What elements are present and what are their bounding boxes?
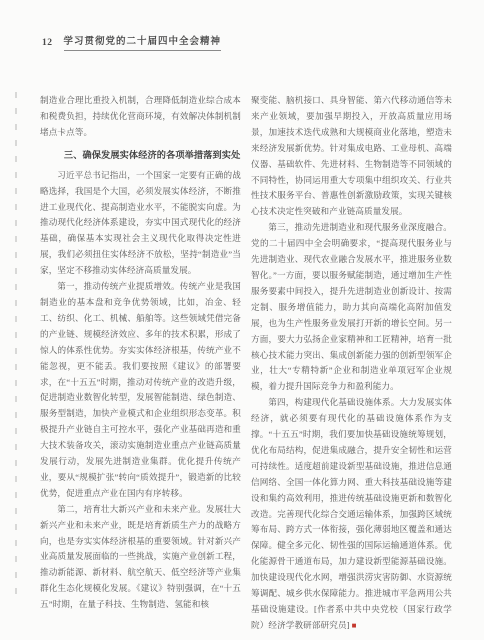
running-head: 12 学习贯彻党的二十届四中全会精神: [0, 0, 484, 51]
left-column: 制造业合理比重投入机制，合理降低制造业综合成本和税费负担，持续优化营商环境，有效…: [40, 93, 241, 634]
body-paragraph-with-author-note: 第四，构建现代化基础设施体系。大力发展实体经济，就必须要有现代化的基础设施体系作…: [251, 395, 452, 634]
body-paragraph-continued: 聚变能、脑机接口、具身智能、第六代移动通信等未来产业领域，要加强早期投入，开放高…: [251, 93, 452, 220]
running-title: 学习贯彻党的二十届四中全会精神: [64, 33, 222, 51]
article-body: 制造业合理比重投入机制，合理降低制造业综合成本和税费负担，持续优化营商环境，有效…: [40, 93, 452, 634]
binding-shadow: [15, 92, 17, 600]
body-paragraph: 第一，推动传统产业提质增效。传统产业是我国制造业的基本盘和竞争优势领域，比如，冶…: [40, 279, 241, 502]
section-heading: 三、确保发展实体经济的各项举措落到实处: [40, 148, 241, 163]
magazine-page: 12 学习贯彻党的二十届四中全会精神 制造业合理比重投入机制，合理降低制造业综合…: [0, 0, 484, 640]
article-end-mark-icon: ■: [352, 621, 357, 630]
body-paragraph: 第二，培育壮大新兴产业和未来产业。发展壮大新兴产业和未来产业，既是培育新质生产力…: [40, 502, 241, 613]
page-number: 12: [42, 38, 53, 51]
body-paragraph: 习近平总书记指出，一个国家一定要有正确的战略选择，我国是个大国，必须发展实体经济…: [40, 168, 241, 279]
body-paragraph: 第三，推动先进制造业和现代服务业深度融合。党的二十届四中全会明确要求，“提高现代…: [251, 220, 452, 395]
body-paragraph-text: 第四，构建现代化基础设施体系。大力发展实体经济，就必须要有现代化的基础设施体系作…: [251, 397, 452, 630]
right-column: 聚变能、脑机接口、具身智能、第六代移动通信等未来产业领域，要加强早期投入，开放高…: [251, 93, 452, 634]
body-paragraph-continued: 制造业合理比重投入机制，合理降低制造业综合成本和税费负担，持续优化营商环境，有效…: [40, 93, 241, 141]
